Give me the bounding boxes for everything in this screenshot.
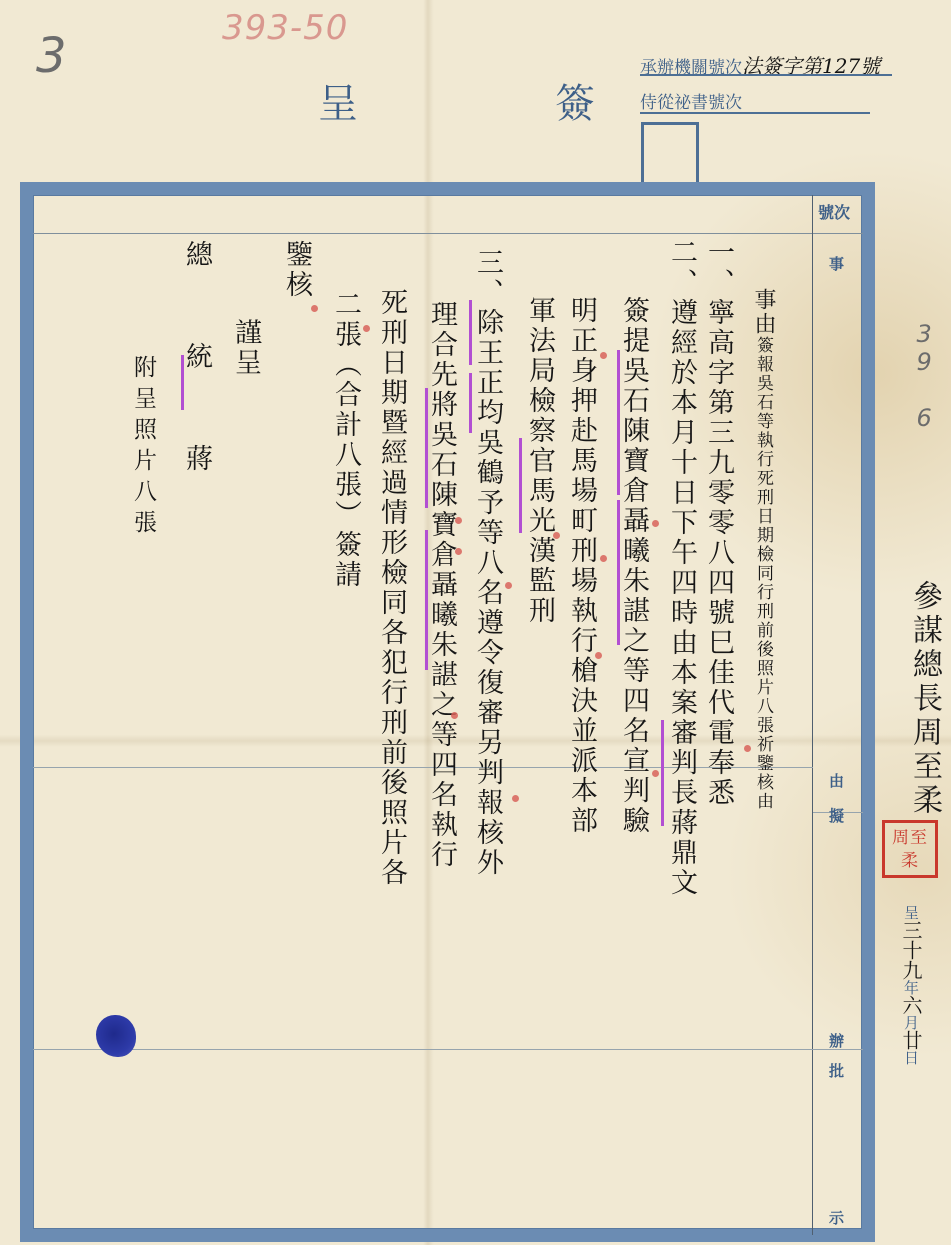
highlight-mark <box>469 373 472 433</box>
highlight-mark <box>617 500 620 645</box>
secretary-ref-label: 侍從祕書號次 <box>640 88 742 113</box>
archive-number: 393-50 <box>222 8 348 48</box>
subject-text: 簽報吳石等執行死刑日期檢同行刑前後照片八張祈鑒核由 <box>753 336 773 811</box>
label-handle: 辦 <box>829 1030 844 1051</box>
date-month-unit: 月 <box>902 1015 920 1030</box>
secretary-ref-underline <box>640 112 870 114</box>
label-approve: 批 <box>829 1060 844 1081</box>
date-year: 三十九 <box>899 920 923 980</box>
highlight-mark <box>661 720 664 826</box>
red-dot <box>553 532 560 539</box>
red-dot <box>600 352 607 359</box>
body-item-1: 一、寧高字第三九零零八四號巳佳代電奉悉 <box>705 238 732 808</box>
stamp-box <box>641 122 699 187</box>
addressee: 總 統 蔣 <box>183 240 210 495</box>
date-month: 六 <box>899 995 923 1015</box>
official-seal: 周至柔 <box>882 820 938 878</box>
margin-pencil-note: 39 6 <box>908 320 939 432</box>
highlight-mark <box>425 530 428 670</box>
office-ref-underline <box>640 74 892 76</box>
body-item-2-line-4: 軍法局檢察官馬光漢監刑 <box>526 296 553 626</box>
red-dot <box>505 582 512 589</box>
red-dot <box>652 520 659 527</box>
signatory: 參謀總長周至柔 <box>902 580 946 818</box>
date-block: 呈三十九年六月廿日 <box>897 905 924 1065</box>
body-item-3-line-2: 理合先將吳石陳寶倉聶曦朱諶之等四名執行 <box>428 300 455 870</box>
body-item-2-line-2: 簽提吳石陳寶倉聶曦朱諶之等四名宣判驗 <box>620 296 647 836</box>
title-left: 呈 <box>318 72 358 129</box>
closing-review: 鑒核 <box>283 240 310 300</box>
date-year-unit: 年 <box>902 980 920 995</box>
red-dot <box>652 770 659 777</box>
red-dot <box>744 745 751 752</box>
ink-blot <box>96 1015 136 1057</box>
red-dot <box>455 517 462 524</box>
subject-lead: 事由 <box>751 288 776 336</box>
body-item-3-line-1: 三、除王正均吳鶴予等八名遵令復審另判報核外 <box>474 248 501 878</box>
red-dot <box>600 555 607 562</box>
label-number: 號次 <box>818 200 850 223</box>
highlight-mark <box>617 350 620 495</box>
body-item-2-line-3: 明正身押赴馬場町刑場執行槍決並派本部 <box>568 296 595 836</box>
red-dot <box>512 795 519 802</box>
seal-text: 周至柔 <box>892 828 928 871</box>
grid-line <box>33 233 813 234</box>
red-dot <box>595 652 602 659</box>
label-subject-bottom: 由 <box>829 770 844 791</box>
label-instruction: 示 <box>829 1207 844 1228</box>
red-dot <box>363 325 370 332</box>
red-dot <box>311 305 318 312</box>
grid-line <box>812 195 813 1235</box>
highlight-mark <box>469 300 472 365</box>
highlight-mark <box>181 355 184 410</box>
body-item-2-line-1: 二、遵經於本月十日下午四時由本案審判長蔣鼎文 <box>668 238 695 898</box>
grid-line <box>33 1049 813 1050</box>
grid-line <box>813 233 863 234</box>
title-right: 簽 <box>555 72 595 129</box>
closing-respect: 謹呈 <box>232 318 259 378</box>
date-day-unit: 日 <box>902 1050 920 1065</box>
red-dot <box>455 548 462 555</box>
label-draft: 擬 <box>829 805 844 826</box>
subject-line: 事由簽報吳石等執行死刑日期檢同行刑前後照片八張祈鑒核由 <box>752 288 774 811</box>
date-prefix: 呈 <box>902 905 920 920</box>
date-day: 廿 <box>899 1030 923 1050</box>
label-subject-top: 事 <box>829 253 844 274</box>
page-number: 3 <box>36 28 67 84</box>
highlight-mark <box>425 388 428 508</box>
highlight-mark <box>519 438 522 533</box>
red-dot <box>451 712 458 719</box>
body-item-3-line-3: 死刑日期暨經過情形檢同各犯行刑前後照片各 <box>378 288 405 888</box>
attachment-note: 附呈照片八張 <box>131 355 154 541</box>
body-item-3-line-4: 二張（合計八張）簽請 <box>332 290 359 590</box>
